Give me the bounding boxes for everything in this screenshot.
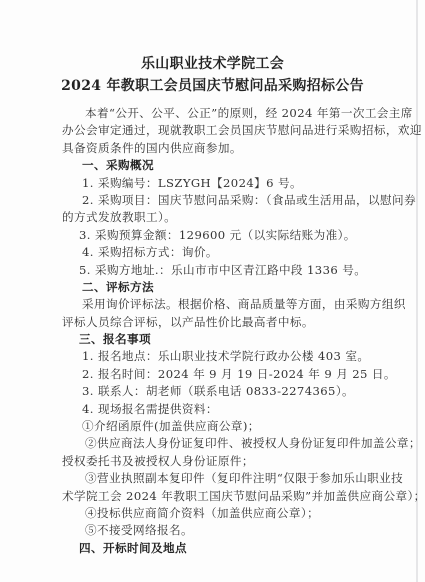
material-item: ③营业执照副本复印件（复印件注明“仅限于参加乐山职业技	[62, 470, 352, 487]
document-page: 乐山职业技术学院工会 2024 年教职工会员国庆节慰问品采购招标公告 本着“公开…	[0, 0, 425, 582]
section-heading-registration: 三、报名事项	[62, 331, 352, 348]
material-item-cont: 术学院工会 2024 年教职工国庆节慰问品采购”并加盖供应商公章）；	[62, 488, 352, 505]
evaluation-text: 采用询价评标法。根据价格、商品质量等方面，由采购方组织	[62, 296, 352, 313]
document-title-org: 乐山职业技术学院工会	[0, 53, 425, 73]
procurement-method: 4. 采购招标方式：询价。	[62, 244, 352, 261]
document-title-main: 2024 年教职工会员国庆节慰问品采购招标公告	[0, 75, 425, 95]
procurement-number: 1. 采购编号：LSZYGH【2024】6 号。	[62, 175, 352, 192]
document-body: 本着“公开、公平、公正”的原则，经 2024 年第一次工会主席 办公会审定通过，…	[62, 105, 352, 557]
procurement-project: 2. 采购项目：国庆节慰问品采购：（食品或生活用品，以慰问券	[62, 192, 352, 209]
procurement-budget: 3. 采购预算金额：129600 元（以实际结账为准）。	[62, 227, 352, 244]
material-item: ①介绍函原件(加盖供应商公章)；	[62, 418, 352, 435]
section-heading-procurement-overview: 一、采购概况	[62, 157, 352, 174]
section-heading-evaluation-method: 二、评标方法	[62, 279, 352, 296]
intro-line: 办公会审定通过，现就教职工会员国庆节慰问品进行采购招标，欢迎	[62, 122, 352, 139]
procurement-project-cont: 的方式发放教职工）。	[62, 209, 352, 226]
evaluation-text: 评标人员综合评标，以产品性价比最高者中标。	[62, 314, 352, 331]
registration-location: 1. 报名地点：乐山职业技术学院行政办公楼 403 室。	[62, 348, 352, 365]
intro-line: 本着“公开、公平、公正”的原则，经 2024 年第一次工会主席	[62, 105, 352, 122]
section-heading-bid-opening: 四、开标时间及地点	[62, 540, 352, 557]
material-item: ②供应商法人身份证复印件、被授权人身份证复印件加盖公章；	[62, 435, 352, 452]
registration-contact: 3. 联系人：胡老师（联系电话 0833-2274365）。	[62, 383, 352, 400]
material-item-cont: 授权委托书及被授权人身份证原件；	[62, 453, 352, 470]
intro-line: 具备资质条件的国内供应商参加。	[62, 140, 352, 157]
registration-time: 2. 报名时间：2024 年 9 月 19 日-2024 年 9 月 25 日。	[62, 366, 352, 383]
procurement-address: 5. 采购方地址.：乐山市市中区青江路中段 1336 号。	[62, 262, 352, 279]
material-item: ⑤不接受网络报名。	[62, 522, 352, 539]
material-item: ④投标供应商简介资料（加盖供应商公章）；	[62, 505, 352, 522]
registration-materials-label: 4. 现场报名需提供资料：	[62, 401, 352, 418]
